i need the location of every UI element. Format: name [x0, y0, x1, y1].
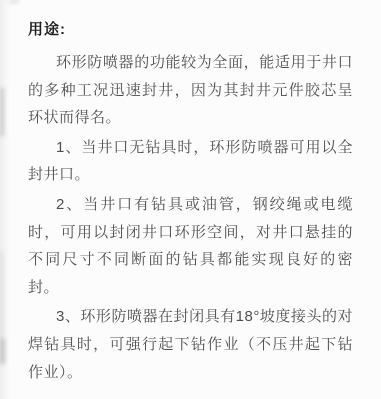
intro-paragraph: 环形防喷器的功能较为全面，能适用于井口的多种工况迅速封井，因为其封井元件胶芯呈环…: [28, 49, 353, 132]
list-item-1: 1、当井口无钻具时，环形防喷器可用以全封井口。: [28, 134, 353, 189]
document-page: 用途: 环形防喷器的功能较为全面，能适用于井口的多种工况迅速封井，因为其封井元件…: [0, 0, 381, 399]
list-item-2: 2、当井口有钻具或油管，钢绞绳或电缆时，可用以封闭井口环形空间，对井口悬挂的不同…: [28, 191, 353, 301]
document-content: 用途: 环形防喷器的功能较为全面，能适用于井口的多种工况迅速封井，因为其封井元件…: [0, 0, 381, 386]
list-item-3: 3、环形防喷器在封闭具有18°坡度接头的对焊钻具时，可强行起下钻作业（不压井起下…: [28, 303, 353, 386]
section-title: 用途:: [28, 21, 353, 38]
